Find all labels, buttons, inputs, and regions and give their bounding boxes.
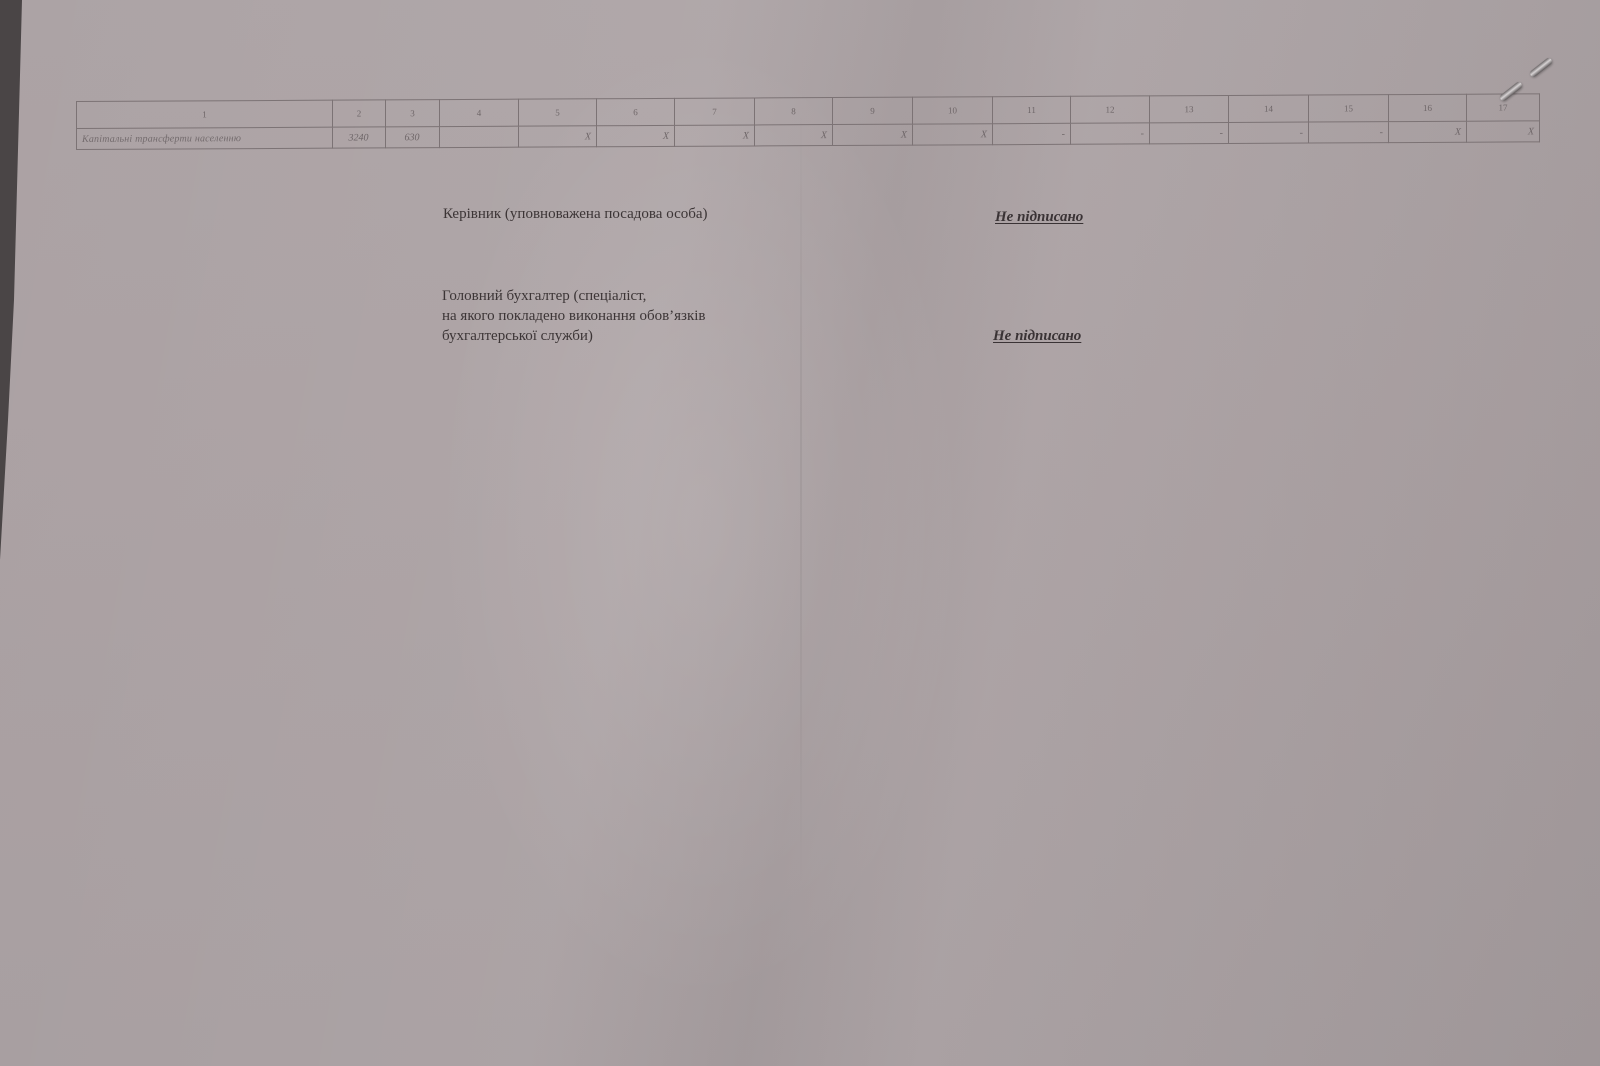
column-number: 3 [386, 100, 440, 127]
column-number: 9 [833, 97, 913, 124]
table-cell [440, 126, 519, 147]
column-number: 4 [440, 99, 519, 126]
table-cell: - [993, 123, 1071, 144]
table-cell: X [519, 126, 597, 147]
column-number: 12 [1071, 96, 1150, 123]
staple-icon [1529, 57, 1554, 79]
table-cell: - [1229, 122, 1309, 143]
document-page: 1 2 3 4 5 6 7 8 9 10 11 12 13 14 15 16 1 [0, 0, 1600, 1066]
table-cell: X [833, 124, 913, 145]
row-label: Капітальні трансферти населенню [77, 127, 333, 149]
column-number: 11 [993, 96, 1071, 123]
photo-stage: 1 2 3 4 5 6 7 8 9 10 11 12 13 14 15 16 1 [0, 0, 1600, 1066]
signature-role-director: Керівник (уповноважена посадова особа) [443, 204, 708, 224]
table-cell: - [1309, 122, 1389, 143]
table-cell: X [913, 124, 993, 145]
table-cell: X [597, 125, 675, 146]
column-number: 16 [1389, 94, 1467, 121]
column-number: 10 [913, 97, 993, 124]
role-line: на якого покладено виконання обов’язків [442, 306, 706, 326]
table-cell: X [675, 125, 755, 146]
column-number: 5 [519, 99, 597, 126]
column-number: 13 [1150, 95, 1229, 122]
role-line: Керівник (уповноважена посадова особа) [443, 204, 708, 224]
table-cell: 630 [386, 127, 440, 148]
column-number: 7 [675, 98, 755, 125]
column-number: 8 [755, 98, 833, 125]
role-line: Головний бухгалтер (спеціаліст, [442, 286, 706, 306]
column-number: 6 [597, 98, 675, 125]
column-number: 2 [333, 100, 386, 127]
signature-status-chief-accountant: Не підписано [993, 328, 1081, 345]
table-cell: 3240 [333, 127, 386, 148]
column-number: 15 [1309, 95, 1389, 122]
table-cell: X [755, 125, 833, 146]
budget-table: 1 2 3 4 5 6 7 8 9 10 11 12 13 14 15 16 1 [76, 93, 1540, 150]
column-number: 1 [77, 100, 333, 128]
table-cell: - [1071, 123, 1150, 144]
table-cell: X [1467, 121, 1540, 142]
role-line: бухгалтерської служби) [442, 326, 706, 346]
table-cell: X [1389, 121, 1467, 142]
column-number: 14 [1229, 95, 1309, 122]
signature-status-director: Не підписано [995, 209, 1083, 226]
table-cell: - [1150, 122, 1229, 143]
paper-fold [800, 100, 802, 900]
signature-role-chief-accountant: Головний бухгалтер (спеціаліст, на якого… [442, 286, 706, 346]
